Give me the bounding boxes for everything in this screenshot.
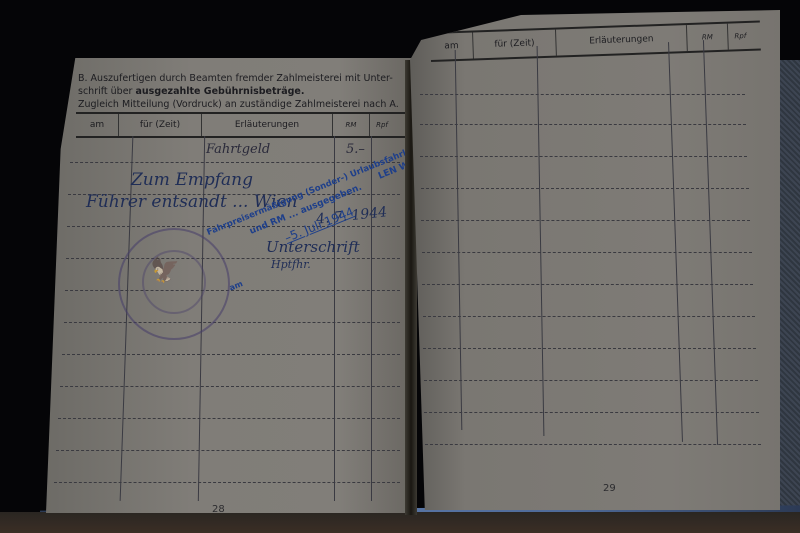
- table-surface: [0, 512, 800, 533]
- column-divider: [455, 50, 463, 430]
- eagle-emblem-icon: 🦅: [150, 256, 180, 284]
- col-fuer-zeit: für (Zeit): [119, 114, 202, 136]
- col-am: am: [76, 114, 119, 136]
- ruled-line: [70, 162, 400, 163]
- ruled-line: [420, 94, 745, 95]
- column-divider: [668, 42, 683, 442]
- heading-line-3: Zugleich Mitteilung (Vordruck) an zustän…: [78, 98, 403, 111]
- ruled-line: [422, 252, 752, 253]
- ruled-line: [58, 418, 400, 419]
- ruled-line: [64, 322, 400, 323]
- section-heading: B. Auszufertigen durch Beamten fremder Z…: [78, 72, 403, 111]
- handwritten-entry: Fahrtgeld: [206, 142, 270, 157]
- col-rpf: Rpf: [370, 114, 394, 136]
- col-am: am: [430, 32, 474, 59]
- official-seal-stamp: 🦅: [118, 228, 230, 340]
- column-divider: [703, 40, 718, 445]
- ruled-line: [422, 284, 753, 285]
- page-number: 29: [603, 483, 616, 494]
- column-divider: [371, 136, 372, 501]
- ruled-line: [424, 412, 759, 413]
- col-erlaeuterungen: Erläuterungen: [202, 114, 333, 136]
- ruled-line: [421, 220, 750, 221]
- ruled-line: [420, 124, 746, 125]
- heading-line-1: B. Auszufertigen durch Beamten fremder Z…: [78, 72, 403, 85]
- ruled-line: [423, 348, 756, 349]
- heading-line-2: schrift über ausgezahlte Gebührnisbeträg…: [78, 85, 403, 98]
- right-table-header: am für (Zeit) Erläuterungen RM Rpf: [430, 20, 761, 61]
- col-rm: RM: [687, 24, 729, 51]
- ruled-line: [66, 258, 400, 259]
- col-rm: RM: [333, 114, 370, 136]
- ruled-line: [420, 156, 747, 157]
- ruled-line: [62, 354, 400, 355]
- page-number: 28: [212, 504, 225, 513]
- handwritten-amount: 5.–: [346, 142, 365, 157]
- ruled-line: [60, 386, 400, 387]
- ruled-line: [423, 316, 755, 317]
- ruled-line: [54, 482, 400, 483]
- left-table-header: am für (Zeit) Erläuterungen RM Rpf: [76, 112, 406, 138]
- handwritten-signature: Unterschrift: [266, 238, 360, 256]
- column-divider: [334, 136, 335, 501]
- col-fuer-zeit: für (Zeit): [473, 30, 557, 59]
- ruled-line: [425, 444, 761, 445]
- left-page: B. Auszufertigen durch Beamten fremder Z…: [46, 58, 412, 513]
- signature-title: Hptfhr.: [271, 258, 311, 271]
- right-page: am für (Zeit) Erläuterungen RM Rpf 29: [410, 10, 780, 510]
- handwritten-line-1: Zum Empfang: [131, 170, 253, 190]
- col-rpf: Rpf: [728, 23, 753, 50]
- ruled-line: [421, 188, 749, 189]
- ruled-line: [56, 450, 400, 451]
- column-divider: [537, 46, 545, 436]
- ruled-line: [424, 380, 758, 381]
